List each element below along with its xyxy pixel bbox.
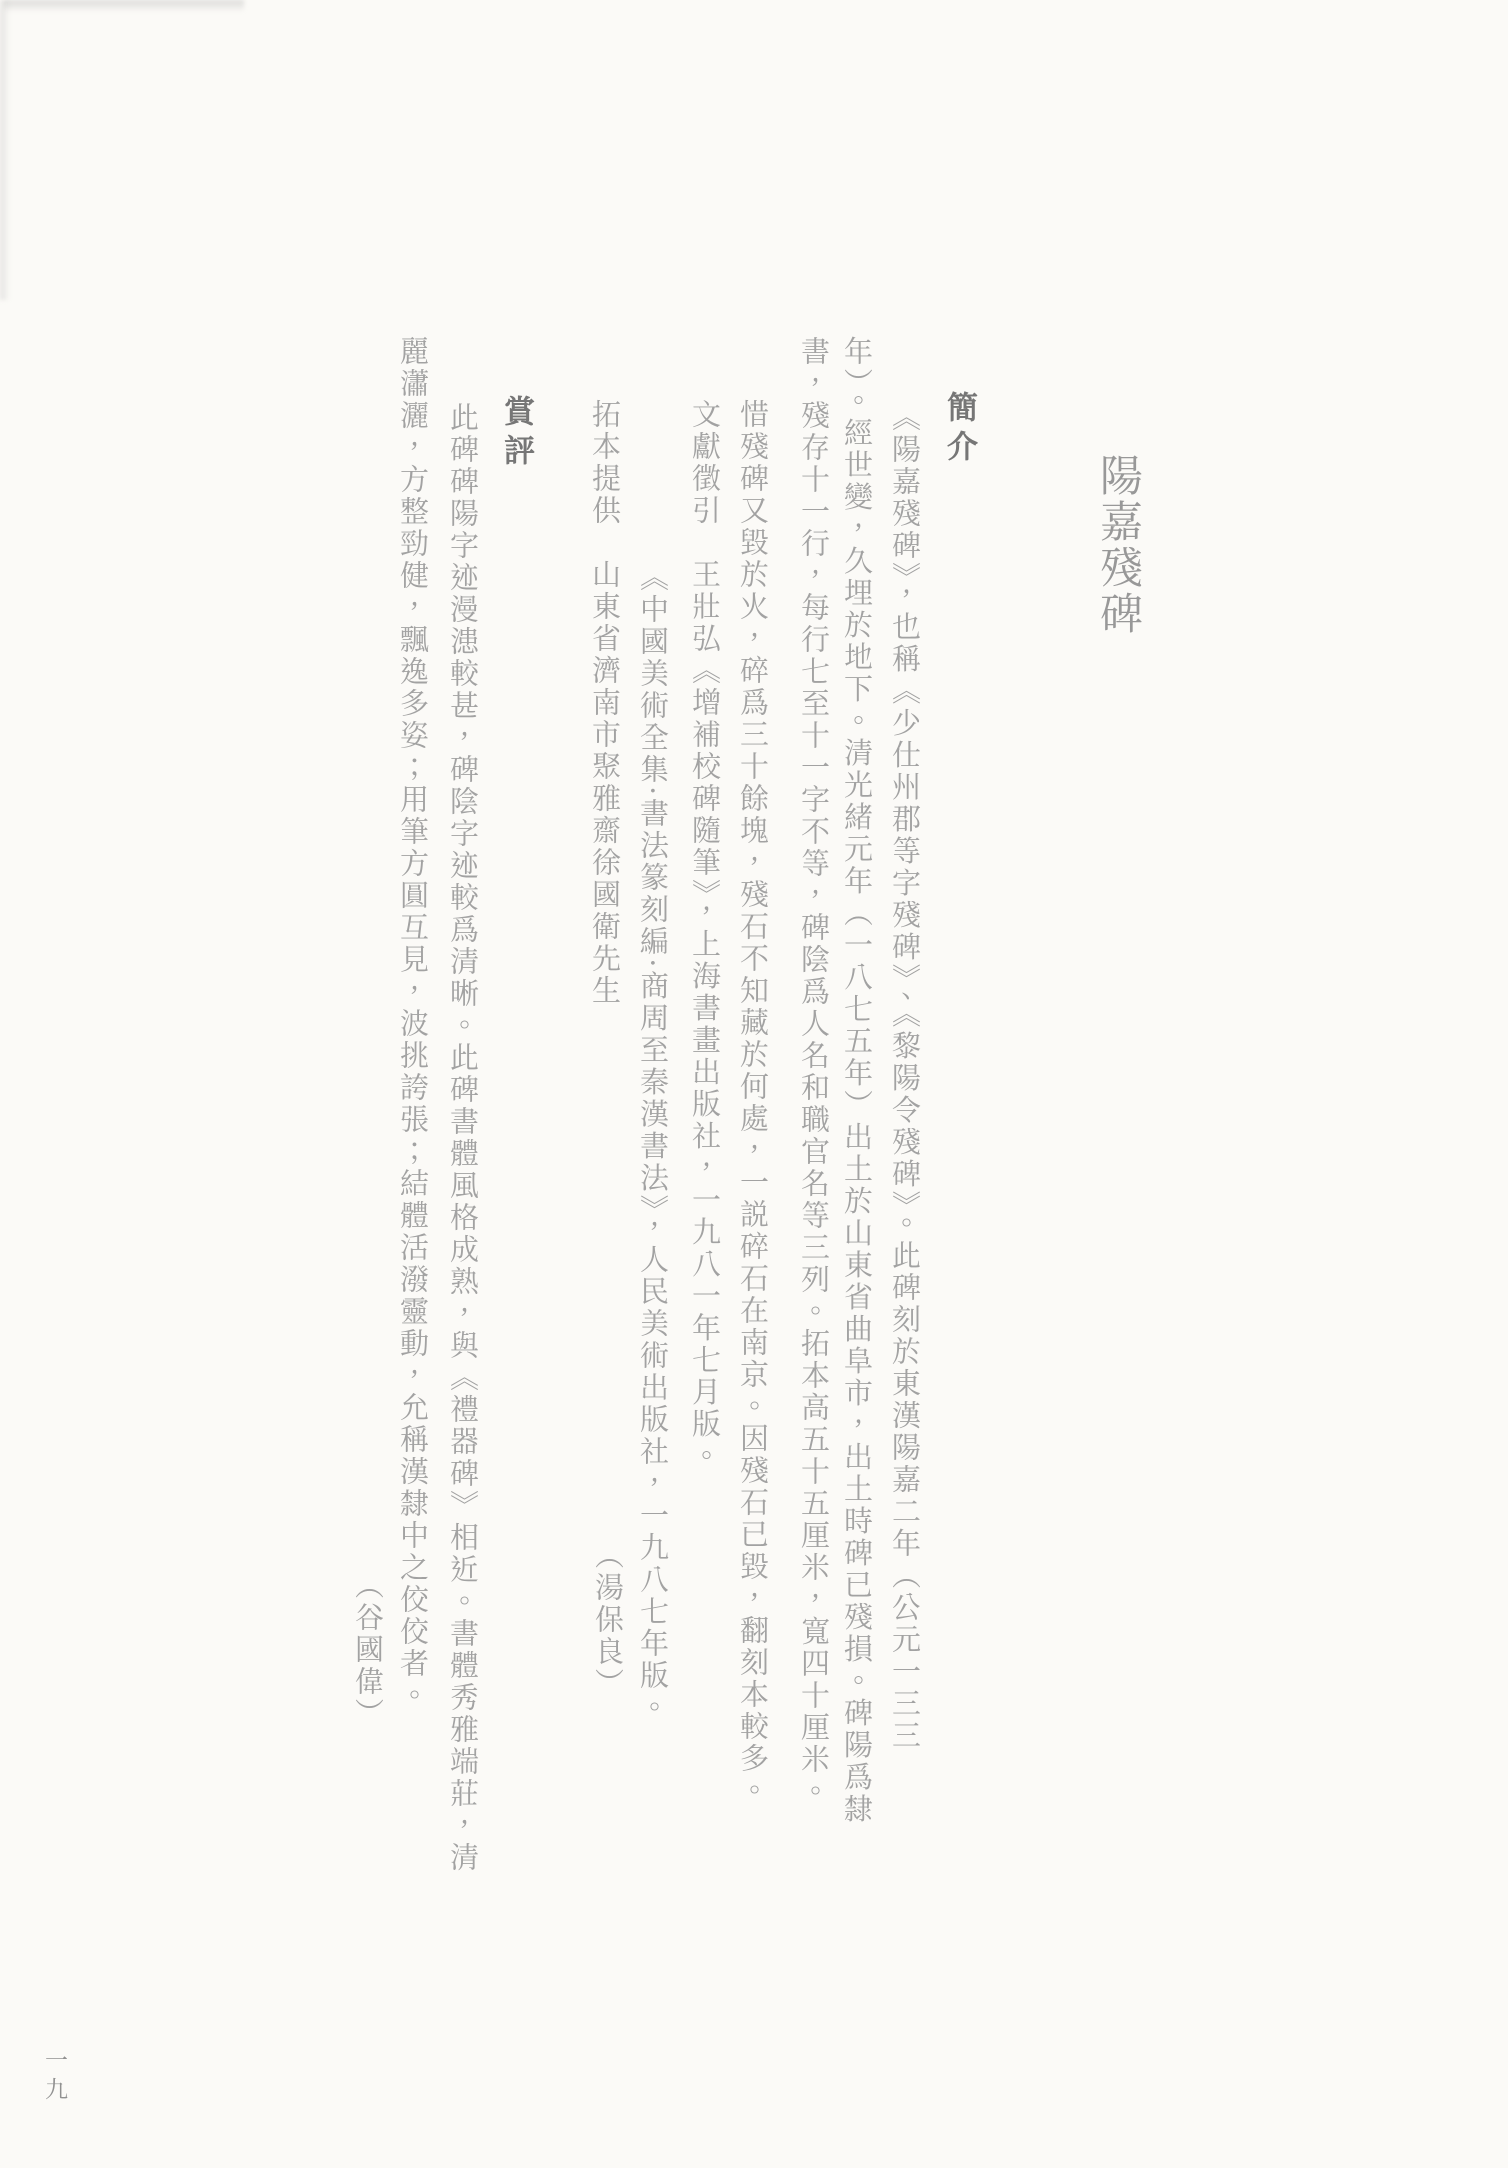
book-page: 陽嘉殘碑 簡介 《陽嘉殘碑》，也稱《少仕州郡等字殘碑》、《黎陽令殘碑》。此碑刻於… [0,0,1508,2168]
review-text-column-1: 此碑碑陽字迹漫漶較甚，碑陰字迹較爲清晰。此碑書體風格成熟，與《禮器碑》相近。書體… [446,402,480,1874]
rubbing-credit-column: 拓本提供 山東省濟南市聚雅齋徐國衛先生 [588,399,622,1007]
intro-author-signature: （湯保良） [588,1540,629,1700]
page-title: 陽嘉殘碑 [1088,453,1149,637]
review-text-column-2: 麗瀟灑，方整勁健，飄逸多姿；用筆方圓互見，波挑誇張；結體活潑靈動，允稱漢隸中之佼… [396,336,430,1712]
intro-text-column-1: 《陽嘉殘碑》，也稱《少仕州郡等字殘碑》、《黎陽令殘碑》。此碑刻於東漢陽嘉二年（公… [888,402,922,1752]
intro-text-column-2: 年）。經世變，久埋於地下。清光緒元年（一八七五年）出土於山東省曲阜市，出土時碑已… [840,336,874,1826]
intro-text-column-4: 惜殘碑又毀於火，碎爲三十餘塊，殘石不知藏於何處，一説碎石在南京。因殘石已毀，翻刻… [736,399,770,1807]
scan-edge-artifact-left [0,0,10,300]
references-column-2: 《中國美術全集·書法篆刻編·商周至秦漢書法》，人民美術出版社，一九八七年版。 [636,562,670,1724]
review-heading: 賞評 [494,395,539,473]
page-number: 一九 [38,2048,71,2106]
references-column: 文獻徵引 王壯弘《增補校碑隨筆》，上海書畫出版社，一九八一年七月版。 [688,399,722,1473]
intro-text-column-3: 書，殘存十一行，每行七至十一字不等，碑陰爲人名和職官名等三列。拓本高五十五厘米，… [797,336,831,1808]
scan-edge-artifact-top [4,0,244,12]
review-author-signature: （谷國偉） [348,1570,389,1730]
intro-heading: 簡介 [937,391,982,469]
